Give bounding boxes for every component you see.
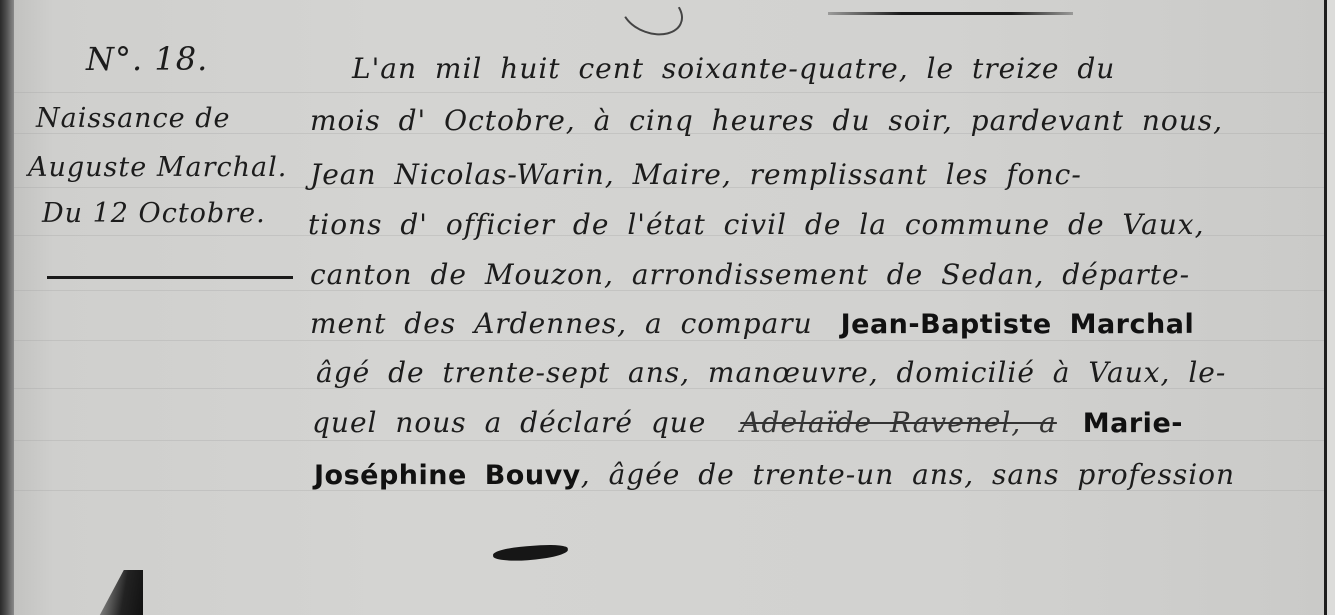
top-separator-line <box>828 12 1073 15</box>
body-line-9-text: , âgée de trente-un ans, sans profession <box>581 458 1235 491</box>
ink-blot <box>493 543 569 562</box>
ink-corner-mark <box>95 570 143 615</box>
body-line-8-text: quel nous a déclaré que <box>312 406 706 439</box>
body-line-6: ment des Ardennes, a comparu Jean-Baptis… <box>310 307 1194 340</box>
margin-date: Du 12 Octobre. <box>42 198 266 229</box>
body-line-2: mois d' Octobre, à cinq heures du soir, … <box>310 104 1223 137</box>
body-line-4: tions d' officier de l'état civil de la … <box>308 208 1204 241</box>
margin-child-name: Auguste Marchal. <box>28 152 287 183</box>
ruled-line <box>14 92 1324 93</box>
body-line-5: canton de Mouzon, arrondissement de Seda… <box>310 258 1190 291</box>
body-line-8: quel nous a déclaré que Adelaïde Ravenel… <box>312 406 1183 439</box>
body-line-1: L'an mil huit cent soixante-quatre, le t… <box>352 52 1115 85</box>
page-right-margin <box>1327 0 1335 615</box>
father-name: Jean-Baptiste Marchal <box>841 309 1195 340</box>
ruled-line <box>14 340 1324 341</box>
page-binding-edge <box>0 0 14 615</box>
entry-number: N°. 18. <box>86 40 208 78</box>
body-line-6-text: ment des Ardennes, a comparu <box>310 307 813 340</box>
struck-out-name: Adelaïde Ravenel, a <box>740 406 1057 439</box>
mother-name-part2: Joséphine Bouvy <box>314 460 581 491</box>
ruled-line <box>14 440 1324 441</box>
margin-title-line1: Naissance de <box>36 103 231 134</box>
margin-underline <box>47 276 293 279</box>
top-flourish-mark <box>614 0 689 44</box>
body-line-3: Jean Nicolas-Warin, Maire, remplissant l… <box>310 158 1082 191</box>
document-page: N°. 18. Naissance de Auguste Marchal. Du… <box>0 0 1335 615</box>
mother-name-part1: Marie- <box>1083 408 1183 439</box>
body-line-7: âgé de trente-sept ans, manœuvre, domici… <box>316 356 1226 389</box>
body-line-9: Joséphine Bouvy, âgée de trente-un ans, … <box>314 458 1235 491</box>
